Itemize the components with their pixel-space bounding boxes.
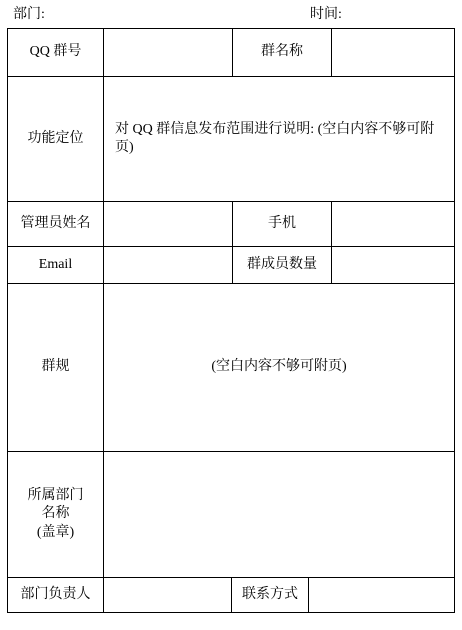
contact-field[interactable] <box>309 578 454 612</box>
admin-name-label: 管理员姓名 <box>8 202 104 246</box>
table-row-admin: 管理员姓名 手机 <box>8 202 454 247</box>
table-row-department-head: 部门负责人 联系方式 <box>8 578 454 612</box>
member-count-field[interactable] <box>332 247 454 283</box>
mobile-label: 手机 <box>233 202 332 246</box>
department-label: 部门: <box>13 6 45 24</box>
qq-group-registration-table: QQ 群号 群名称 功能定位 对 QQ 群信息发布范围进行说明: (空白内容不够… <box>7 28 455 613</box>
form-page: 部门: 时间: QQ 群号 群名称 功能定位 对 QQ 群信息发布范围进行说明:… <box>0 0 462 630</box>
table-row-email: Email 群成员数量 <box>8 247 454 284</box>
function-positioning-field[interactable]: 对 QQ 群信息发布范围进行说明: (空白内容不够可附页) <box>104 77 454 201</box>
table-row-function: 功能定位 对 QQ 群信息发布范围进行说明: (空白内容不够可附页) <box>8 77 454 202</box>
email-field[interactable] <box>104 247 233 283</box>
department-head-label: 部门负责人 <box>8 578 104 612</box>
function-positioning-label: 功能定位 <box>8 77 104 201</box>
department-seal-label: 所属部门 名称 (盖章) <box>8 452 104 577</box>
group-name-label: 群名称 <box>233 29 332 76</box>
qq-group-number-field[interactable] <box>104 29 233 76</box>
admin-name-field[interactable] <box>104 202 233 246</box>
group-name-field[interactable] <box>332 29 454 76</box>
group-rules-label: 群规 <box>8 284 104 451</box>
member-count-label: 群成员数量 <box>233 247 332 283</box>
department-seal-field[interactable] <box>104 452 454 577</box>
email-label: Email <box>8 247 104 283</box>
group-rules-field[interactable]: (空白内容不够可附页) <box>104 284 454 451</box>
table-row-rules: 群规 (空白内容不够可附页) <box>8 284 454 452</box>
table-row-qq-group: QQ 群号 群名称 <box>8 29 454 77</box>
table-row-department-seal: 所属部门 名称 (盖章) <box>8 452 454 578</box>
department-head-field[interactable] <box>104 578 232 612</box>
time-label: 时间: <box>310 6 342 24</box>
contact-label: 联系方式 <box>232 578 309 612</box>
mobile-field[interactable] <box>332 202 454 246</box>
qq-group-number-label: QQ 群号 <box>8 29 104 76</box>
